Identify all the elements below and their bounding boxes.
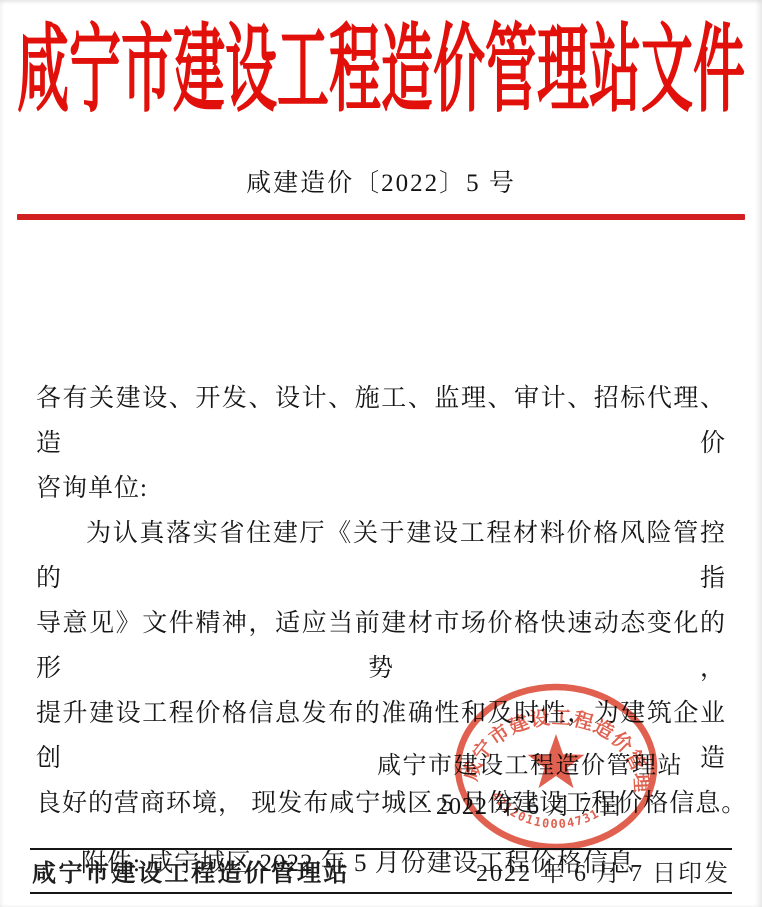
body-line: 咨询单位:: [36, 466, 726, 511]
letterhead-title: 咸宁市建设工程造价管理站文件: [0, 21, 762, 123]
letterhead: 咸宁市建设工程造价管理站文件: [0, 21, 762, 127]
body-line: 为认真落实省住建厅《关于建设工程材料价格风险管控的指: [36, 511, 726, 601]
signature-date: 2022 年 6 月 7 日: [372, 791, 688, 823]
body-line: 各有关建设、开发、设计、施工、监理、审计、招标代理、造价: [36, 376, 726, 466]
signature-block: 咸宁市建设工程造价管理站 2022 年 6 月 7 日: [372, 750, 688, 823]
body-line: 导意见》文件精神，适应当前建材市场价格快速动态变化的形势，: [36, 601, 726, 691]
footer-bar: 咸宁市建设工程造价管理站 2022 年 6 月 7 日印发: [30, 848, 732, 894]
document-number: 咸建造价〔2022〕5 号: [0, 163, 762, 199]
footer-print-date: 2022 年 6 月 7 日印发: [476, 853, 730, 888]
signature-org: 咸宁市建设工程造价管理站: [372, 750, 688, 782]
document-page: 咸宁市建设工程造价管理站文件 咸建造价〔2022〕5 号 各有关建设、开发、设计…: [0, 0, 762, 907]
red-separator-rule: [17, 214, 745, 220]
footer-org: 咸宁市建设工程造价管理站: [32, 853, 350, 888]
